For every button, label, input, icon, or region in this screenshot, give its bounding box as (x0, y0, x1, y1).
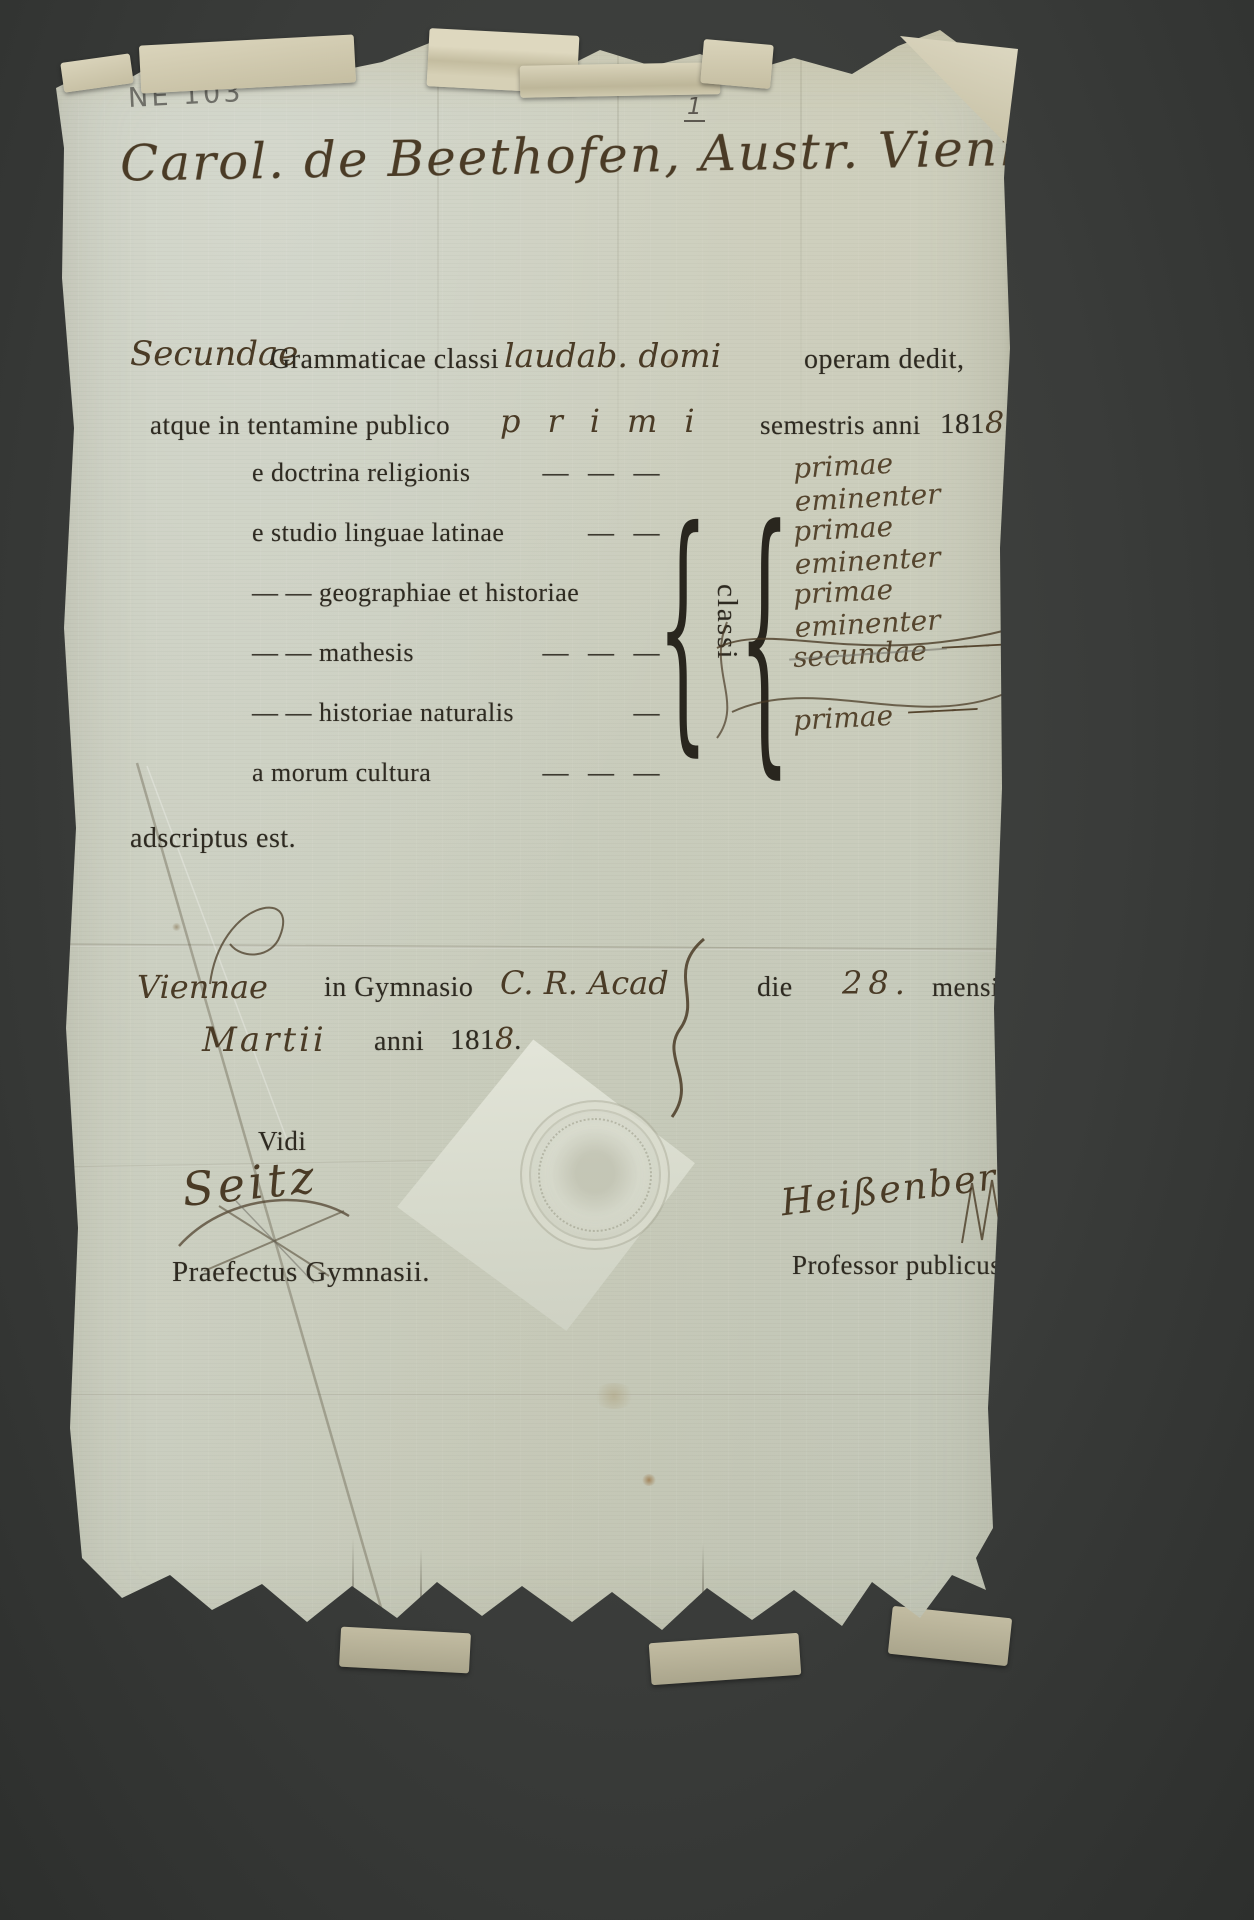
torn-paper-flap (339, 1627, 471, 1674)
grades-column: primae eminenter primae eminenter primae… (793, 452, 1033, 734)
paper-tear-slit (702, 1543, 704, 1618)
horizontal-crease (52, 943, 1012, 951)
right-curly-brace: { (733, 456, 795, 822)
subject-row: — — geographiae et historiae (252, 578, 660, 606)
opening-laudab-script: laudab. domi (504, 336, 721, 375)
subject-dashes: — — — (543, 638, 661, 668)
smudge-stain (172, 923, 181, 931)
embossed-paper-seal (520, 1100, 670, 1250)
dateline-year: 1818. (450, 1022, 522, 1057)
rust-stain (642, 1474, 656, 1486)
subject-label: e studio linguae latinae (252, 518, 504, 548)
page-number: 1 (684, 94, 705, 122)
horizontal-crease (52, 1394, 1012, 1396)
torn-paper-flap (520, 62, 721, 97)
professor-title: Professor publicus. (792, 1250, 1008, 1281)
subject-label: — — geographiae et historiae (252, 578, 579, 608)
grade-text: primae eminenter (792, 447, 941, 518)
subject-label: e doctrina religionis (252, 458, 470, 488)
header-student-name: Carol. de Beethofen, Austr. Vienn. — (120, 117, 1122, 192)
subject-label: — — mathesis (252, 638, 414, 668)
grade-text: primae eminenter (792, 510, 941, 581)
opening-line-1: Secundae Grammaticae classi laudab. domi… (52, 328, 1012, 390)
grade-text: primae eminenter (792, 573, 941, 644)
opening-year-script-digit: 8 (985, 406, 1004, 441)
subject-row: e doctrina religionis — — — (252, 458, 660, 486)
subject-row: a morum cultura — — — (252, 758, 660, 786)
subject-list: e doctrina religionis — — — e studio lin… (252, 458, 660, 786)
torn-paper-flap (700, 39, 774, 89)
torn-paper-flap (649, 1633, 802, 1685)
smudge-stain (592, 1383, 636, 1409)
opening-grammaticae-print: Grammaticae classi (270, 344, 499, 376)
adscriptus-line: adscriptus est. (130, 823, 296, 855)
dateline-die-print: die (757, 972, 793, 1004)
brace-glyph: { (658, 498, 709, 758)
dateline-academy-script: C. R. Acad (500, 964, 669, 1002)
dateline-day-script: 28. (842, 964, 911, 1002)
grade-text: primae (792, 699, 894, 737)
scan-background: 47 NE 103 1 Carol. de Beethofen, Austr. … (0, 0, 1254, 1920)
dateline-year-script-digit: 8 (495, 1022, 514, 1057)
subject-dashes: — — — (543, 458, 661, 488)
opening-year-period: . (1004, 408, 1012, 440)
paper-tear-slit (352, 1538, 354, 1618)
opening-primi-script: primi (500, 402, 722, 440)
subject-row: e studio linguae latinae — — (252, 518, 660, 546)
dateline-anni-print: anni (374, 1026, 424, 1058)
subject-label: a morum cultura (252, 758, 431, 788)
left-curly-brace: { (652, 458, 714, 798)
dateline-mensis-print: mensis (932, 972, 1010, 1003)
prefect-signature: Seitz (180, 1149, 321, 1217)
document-page: 47 NE 103 1 Carol. de Beethofen, Austr. … (52, 28, 1012, 1660)
dateline-gymnasio-print: in Gymnasio (324, 972, 473, 1004)
subject-dashes: — — — (543, 758, 661, 788)
opening-operam-print: operam dedit, (804, 344, 964, 376)
seal-inner-ring (538, 1118, 652, 1232)
paper-tear-slit (420, 1548, 422, 1618)
dateline-year-print: 181 (450, 1024, 495, 1056)
professor-signature: Heißenberger (778, 1147, 1068, 1225)
grade-row: primae——— (792, 691, 1033, 734)
subject-dashes: — — (588, 518, 660, 548)
torn-paper-flap (888, 1606, 1012, 1666)
opening-semestris-print: semestris anni (760, 410, 921, 441)
grade-rule: ——— (906, 691, 974, 727)
opening-year-print: 181 (940, 408, 985, 440)
dateline-month-script: Martii (202, 1020, 327, 1060)
subject-row: — — mathesis — — — (252, 638, 660, 666)
opening-atque-print: atque in tentamine publico (150, 410, 450, 441)
dateline-place-script: Viennae (137, 968, 268, 1006)
prefect-title: Praefectus Gymnasii. (172, 1256, 430, 1289)
opening-year: 1818. (940, 406, 1012, 441)
dateline-year-period: . (514, 1024, 522, 1056)
brace-glyph: { (738, 496, 790, 782)
grade-rule: ——— (940, 626, 1008, 662)
subject-row: — — historiae naturalis — (252, 698, 660, 726)
subject-label: — — historiae naturalis (252, 698, 514, 728)
dateline-1: Viennae in Gymnasio C. R. Acad die 28. m… (52, 956, 1012, 1020)
